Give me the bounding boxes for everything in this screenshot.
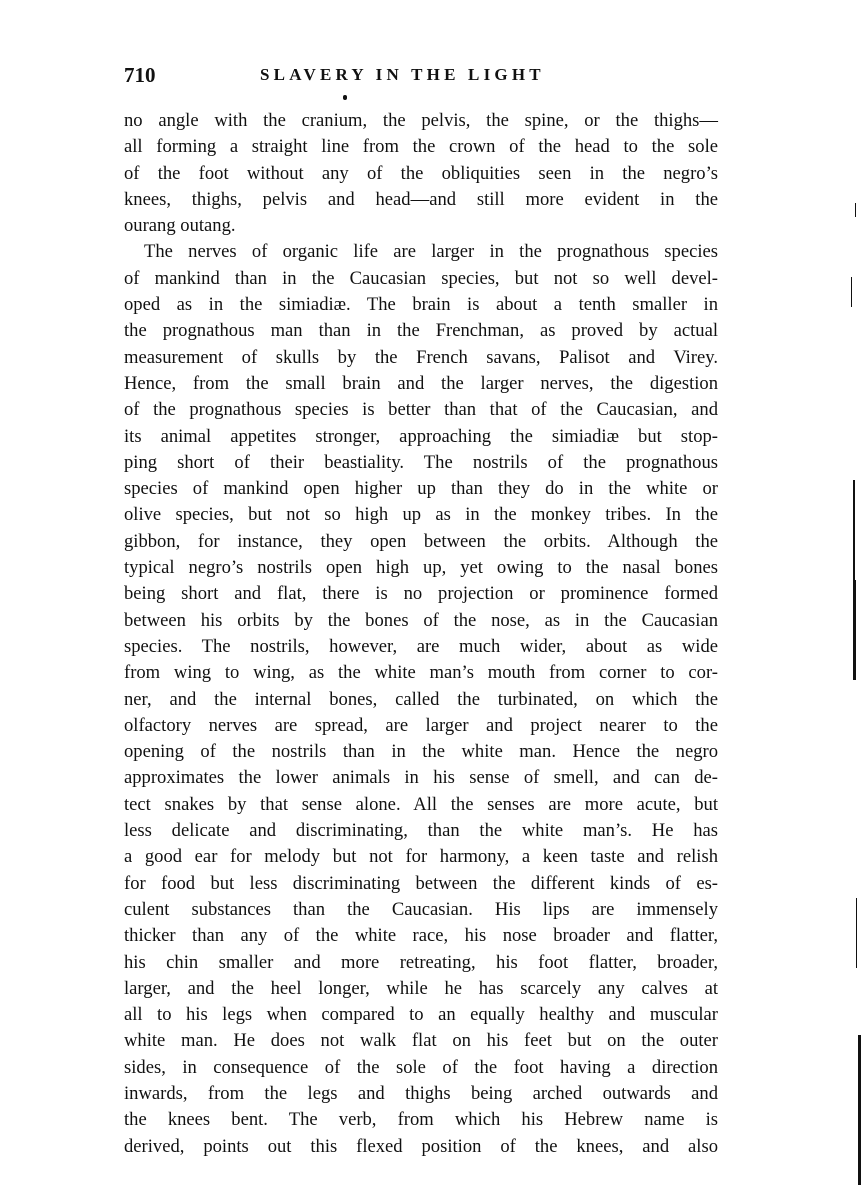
text-line: approximates the lower animals in his se… <box>124 765 718 791</box>
text-line: its animal appetites stronger, approachi… <box>124 424 718 450</box>
text-line: gibbon, for instance, they open between … <box>124 529 718 555</box>
text-line: no angle with the cranium, the pelvis, t… <box>124 108 718 134</box>
body-text: no angle with the cranium, the pelvis, t… <box>124 108 718 1160</box>
text-line: opening of the nostrils than in the whit… <box>124 739 718 765</box>
text-line: inwards, from the legs and thighs being … <box>124 1081 718 1107</box>
book-page: 710 SLAVERY IN THE LIGHT no angle with t… <box>0 0 865 1200</box>
scan-edge-mark <box>853 480 855 580</box>
scan-edge-mark <box>856 898 857 968</box>
ink-speck <box>343 95 347 100</box>
text-line: The nerves of organic life are larger in… <box>124 239 718 265</box>
text-line: the knees bent. The verb, from which his… <box>124 1107 718 1133</box>
text-line: oped as in the simiadiæ. The brain is ab… <box>124 292 718 318</box>
text-line: sides, in consequence of the sole of the… <box>124 1055 718 1081</box>
text-line: his chin smaller and more retreating, hi… <box>124 950 718 976</box>
text-line: tect snakes by that sense alone. All the… <box>124 792 718 818</box>
text-line: olfactory nerves are spread, are larger … <box>124 713 718 739</box>
text-line: a good ear for melody but not for harmon… <box>124 844 718 870</box>
text-line: of the prognathous species is better tha… <box>124 397 718 423</box>
text-line: of the foot without any of the obliquiti… <box>124 161 718 187</box>
text-line: of mankind than in the Caucasian species… <box>124 266 718 292</box>
text-line: the prognathous man than in the Frenchma… <box>124 318 718 344</box>
text-line: knees, thighs, pelvis and head—and still… <box>124 187 718 213</box>
scan-edge-mark <box>851 277 852 307</box>
running-head: SLAVERY IN THE LIGHT <box>260 65 545 85</box>
text-line: derived, points out this flexed position… <box>124 1134 718 1160</box>
text-line: measurement of skulls by the French sava… <box>124 345 718 371</box>
text-line: all forming a straight line from the cro… <box>124 134 718 160</box>
scan-edge-mark <box>853 580 856 680</box>
text-line: typical negro’s nostrils open high up, y… <box>124 555 718 581</box>
text-line: for food but less discriminating between… <box>124 871 718 897</box>
text-line: species of mankind open higher up than t… <box>124 476 718 502</box>
text-line: from wing to wing, as the white man’s mo… <box>124 660 718 686</box>
text-line: ping short of their beastiality. The nos… <box>124 450 718 476</box>
text-line: white man. He does not walk flat on his … <box>124 1028 718 1054</box>
text-line: less delicate and discriminating, than t… <box>124 818 718 844</box>
text-line: ourang outang. <box>124 213 718 239</box>
text-line: ner, and the internal bones, called the … <box>124 687 718 713</box>
page-header: 710 SLAVERY IN THE LIGHT <box>124 63 718 89</box>
text-line: larger, and the heel longer, while he ha… <box>124 976 718 1002</box>
text-line: culent substances than the Caucasian. Hi… <box>124 897 718 923</box>
text-line: species. The nostrils, however, are much… <box>124 634 718 660</box>
scan-edge-mark <box>855 203 856 217</box>
page-number: 710 <box>124 63 156 88</box>
scan-edge-mark <box>858 1035 861 1185</box>
text-line: between his orbits by the bones of the n… <box>124 608 718 634</box>
text-line: being short and flat, there is no projec… <box>124 581 718 607</box>
text-line: all to his legs when compared to an equa… <box>124 1002 718 1028</box>
text-line: thicker than any of the white race, his … <box>124 923 718 949</box>
text-line: Hence, from the small brain and the larg… <box>124 371 718 397</box>
text-line: olive species, but not so high up as in … <box>124 502 718 528</box>
